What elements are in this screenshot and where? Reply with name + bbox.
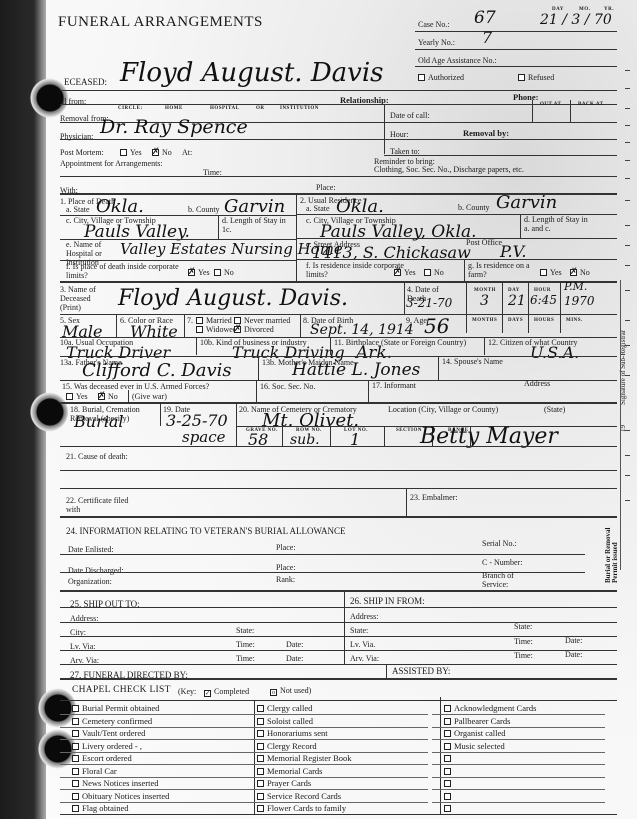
- citizen-value[interactable]: U.S.A.: [530, 343, 579, 362]
- ship-in-lv-via-label: Lv. Via.: [350, 640, 375, 649]
- completed-label: Completed: [214, 687, 249, 696]
- old-age-label: Old Age Assistance No.:: [418, 56, 497, 65]
- appointment-label: Appointment for Arrangements:: [60, 159, 163, 168]
- yes-label: Yes: [550, 268, 562, 277]
- checkbox-checked-icon: [570, 269, 577, 276]
- checkbox-icon: [257, 805, 264, 812]
- checklist-item[interactable]: Flower Cards to family: [257, 803, 346, 813]
- age-value[interactable]: 56: [424, 314, 449, 338]
- checklist-item-label: Vault/Tent ordered: [82, 728, 145, 738]
- circle-hospital[interactable]: HOSPITAL: [210, 106, 239, 111]
- checkbox-icon: [66, 393, 73, 400]
- checklist-heading: CHAPEL CHECK LIST: [72, 686, 171, 695]
- checklist-item[interactable]: Vault/Tent ordered: [72, 728, 145, 738]
- physician-value[interactable]: Dr. Ray Spence: [100, 116, 248, 138]
- checklist-item-label: Memorial Cards: [267, 766, 322, 776]
- checkbox-icon: [444, 730, 451, 737]
- ship-out-time2-label: Time:: [236, 654, 255, 663]
- checklist-item[interactable]: News Notices inserted: [72, 778, 158, 788]
- checklist-item[interactable]: Service Record Cards: [257, 791, 341, 801]
- res-city-value[interactable]: Pauls Valley, Okla.: [320, 222, 476, 242]
- days-header: DAYS: [508, 318, 523, 323]
- certificate-filed-label: 22. Certificate filed with: [66, 496, 136, 514]
- checkbox-checked-icon: [234, 326, 241, 333]
- burial-value[interactable]: Burial: [74, 412, 123, 431]
- deceased-label: ECEASED:: [64, 78, 107, 87]
- checkbox-icon: [257, 718, 264, 725]
- checklist-item[interactable]: Livery ordered - ,: [72, 741, 142, 751]
- checklist-item-label: Pallbearer Cards: [454, 716, 510, 726]
- checkbox-icon: [72, 743, 79, 750]
- race-value[interactable]: White: [130, 322, 178, 341]
- checklist-item[interactable]: Burial Permit obtained: [72, 703, 159, 713]
- checkbox-icon: [196, 326, 203, 333]
- ship-in-heading: 26. SHIP IN FROM:: [350, 597, 425, 606]
- divorced-label: Divorced: [244, 325, 274, 334]
- checklist-item[interactable]: [444, 778, 454, 788]
- checklist-item-label: Service Record Cards: [267, 791, 341, 801]
- post-mortem-at-label: At:: [182, 148, 192, 157]
- checklist-item-label: Prayer Cards: [267, 778, 311, 788]
- never-married-checkbox[interactable]: Never married: [234, 316, 290, 325]
- dod-value[interactable]: 3-21-70: [406, 296, 452, 310]
- yearly-no-value[interactable]: 7: [482, 28, 492, 47]
- pod-corporate-yes[interactable]: Yes: [188, 268, 210, 277]
- out-at-label: OUT AT: [540, 102, 561, 107]
- checkbox-icon: [72, 805, 79, 812]
- ship-out-date2-label: Date:: [286, 654, 303, 663]
- checkbox-icon: [257, 743, 264, 750]
- months-header: MONTHS: [472, 318, 497, 323]
- ship-in-state2-label: State:: [514, 622, 532, 631]
- circle-box-icon: o: [270, 689, 277, 696]
- checklist-item-label: Burial Permit obtained: [82, 703, 159, 713]
- no-label: No: [108, 392, 118, 401]
- checklist-item-label: Flower Cards to family: [267, 803, 346, 813]
- binder-hole-middle: [28, 392, 68, 432]
- with-place-label: Place:: [316, 183, 336, 192]
- pod-county-value[interactable]: Garvin: [224, 196, 285, 217]
- no-label: No: [580, 268, 590, 277]
- married-checkbox[interactable]: Married: [196, 316, 232, 325]
- checklist-item[interactable]: Escort ordered: [72, 753, 132, 763]
- marital-num: 7.: [187, 316, 193, 325]
- checkbox-icon: [257, 793, 264, 800]
- checkbox-icon: [444, 780, 451, 787]
- res-farm-yes[interactable]: Yes: [540, 268, 562, 277]
- branch-label: Branch of Service:: [482, 571, 532, 589]
- checkbox-icon: [72, 793, 79, 800]
- checkbox-icon: [257, 730, 264, 737]
- checkbox-icon: [518, 74, 525, 81]
- death-day-value[interactable]: 21: [508, 293, 526, 309]
- location-state-label: (State): [544, 405, 565, 414]
- father-value[interactable]: Clifford C. Davis: [82, 360, 232, 381]
- checkbox-icon: [72, 730, 79, 737]
- checkbox-icon: [257, 705, 264, 712]
- enlisted-place-label: Place:: [276, 543, 296, 552]
- pod-state-value[interactable]: Okla.: [96, 196, 144, 217]
- ship-in-time2-label: Time:: [514, 651, 533, 660]
- death-hour-value[interactable]: 6:45: [530, 293, 557, 307]
- armed-forces-label: 15. Was deceased ever in U.S. Armed Forc…: [62, 382, 209, 391]
- checklist-item-label: Music selected: [454, 741, 505, 751]
- hour-label: Hour:: [390, 130, 409, 139]
- ship-in-date2-label: Date:: [565, 650, 582, 659]
- checklist-item[interactable]: Floral Car: [72, 766, 117, 776]
- checkbox-icon: [120, 149, 127, 156]
- informant-address-label: Address: [524, 379, 550, 388]
- checklist-item-label: Soloist called: [267, 716, 313, 726]
- checkbox-icon: [72, 768, 79, 775]
- checkbox-icon: [540, 269, 547, 276]
- serial-no-label: Serial No.:: [482, 539, 517, 548]
- checklist-item[interactable]: Organist called: [444, 728, 506, 738]
- checkbox-icon: [72, 718, 79, 725]
- armed-no[interactable]: No: [98, 392, 118, 401]
- checklist-item[interactable]: Cemetery confirmed: [72, 716, 152, 726]
- name-print-label: 3. Name of Deceased (Print): [60, 285, 108, 312]
- post-mortem-label: Post Mortem:: [60, 148, 104, 157]
- name-print-value[interactable]: Floyd August. Davis.: [118, 286, 348, 311]
- circle-home[interactable]: HOME: [165, 106, 183, 111]
- informant-label: 17. Informant: [372, 381, 416, 390]
- ship-in-time1-label: Time:: [514, 637, 533, 646]
- checkbox-icon: [444, 793, 451, 800]
- checklist-item-label: Memorial Register Book: [267, 753, 352, 763]
- checklist-item[interactable]: Honorariums sent: [257, 728, 328, 738]
- armed-yes[interactable]: Yes: [66, 392, 88, 401]
- checkbox-icon: [418, 74, 425, 81]
- checklist-item[interactable]: [444, 803, 454, 813]
- checkbox-icon: [444, 805, 451, 812]
- checkbox-icon: [444, 755, 451, 762]
- checklist-item[interactable]: Memorial Register Book: [257, 753, 352, 763]
- yes-label: Yes: [76, 392, 88, 401]
- checkbox-checked-icon: [152, 149, 159, 156]
- checklist-item[interactable]: [444, 791, 454, 801]
- ship-in-arv-via-label: Arv. Via:: [350, 654, 379, 663]
- checkbox-icon: [257, 780, 264, 787]
- res-farm-label: g. Is residence on a farm?: [468, 261, 538, 279]
- checkbox-checked-icon: [188, 269, 195, 276]
- removal-by-label: Removal by:: [463, 128, 509, 138]
- give-war-label: (Give war): [132, 392, 167, 401]
- married-label: Married: [206, 316, 232, 325]
- circle-or: OR: [256, 106, 265, 111]
- checklist-item[interactable]: Music selected: [444, 741, 505, 751]
- checklist-item[interactable]: [444, 753, 454, 763]
- dob-value[interactable]: Sept. 14, 1914: [310, 322, 414, 338]
- checkbox-icon: [257, 768, 264, 775]
- key-completed: ✓Completed: [204, 687, 249, 697]
- back-at-label: BACK AT: [578, 102, 604, 107]
- ship-in-date1-label: Date:: [565, 636, 582, 645]
- checklist-item-label: Acknowledgment Cards: [454, 703, 536, 713]
- authorized-checkbox[interactable]: Authorized: [418, 73, 464, 82]
- space-note: space: [182, 428, 226, 446]
- never-married-label: Never married: [244, 316, 290, 325]
- checkbox-icon: [444, 743, 451, 750]
- checklist-item[interactable]: [444, 766, 454, 776]
- checkbox-icon: [72, 755, 79, 762]
- date-of-call-label: Date of call:: [390, 111, 430, 120]
- widowed-label: Widowed: [206, 325, 237, 334]
- c-number-label: C - Number:: [482, 558, 522, 567]
- yes-label: Yes: [130, 148, 142, 157]
- ship-in-state1-label: State:: [350, 626, 368, 635]
- pod-corporate-no[interactable]: No: [214, 268, 234, 277]
- checkbox-icon: [196, 317, 203, 324]
- res-farm-no[interactable]: No: [570, 268, 590, 277]
- ship-in-address-label: Address:: [350, 612, 378, 621]
- post-mortem-yes[interactable]: Yes: [120, 148, 142, 157]
- hours-header: HOURS: [534, 318, 554, 323]
- checkbox-icon: [72, 705, 79, 712]
- mother-value[interactable]: Hattie L. Jones: [292, 360, 420, 380]
- ship-out-state-label: State:: [236, 626, 254, 635]
- checklist-item[interactable]: Obituary Notices inserted: [72, 791, 169, 801]
- section-label: SECTION: [396, 428, 422, 433]
- checklist-item-label: Flag obtained: [82, 803, 129, 813]
- checklist-item[interactable]: Pallbearer Cards: [444, 716, 510, 726]
- pod-corporate-label: f. Is place of death inside corporate li…: [66, 262, 186, 280]
- pod-length-label: d. Length of Stay in 1c.: [222, 216, 292, 234]
- mins-header: MINS.: [566, 318, 583, 323]
- spouse-label: 14. Spouse's Name: [442, 357, 503, 366]
- binder-hole-bottom-1: [36, 688, 76, 728]
- veteran-heading: 24. INFORMATION RELATING TO VETERAN'S BU…: [66, 526, 346, 536]
- checkbox-icon: [444, 705, 451, 712]
- ssn-label: 16. Soc. Sec. No.: [260, 382, 315, 391]
- divorced-checkbox[interactable]: Divorced: [234, 325, 274, 334]
- death-year-value[interactable]: 1970: [564, 294, 595, 308]
- checklist-item-label: Honorariums sent: [267, 728, 328, 738]
- ship-out-date1-label: Date:: [286, 640, 303, 649]
- cause-of-death-label: 21. Cause of death:: [66, 452, 128, 461]
- checklist-item-label: Clergy Record: [267, 741, 317, 751]
- checklist-item-label: Organist called: [454, 728, 506, 738]
- checkbox-checked-icon: [98, 393, 105, 400]
- checkbox-icon: [214, 269, 221, 276]
- yearly-no-label: Yearly No.:: [418, 38, 455, 47]
- checkbox-icon: [444, 718, 451, 725]
- assisted-by-label: ASSISTED BY:: [392, 667, 450, 676]
- checkmark-box-icon: ✓: [204, 690, 211, 697]
- location-label: Location (City, Village or County): [388, 405, 498, 414]
- pod-county-label: b. County: [188, 205, 220, 214]
- checkbox-icon: [72, 780, 79, 787]
- res-state-label: a. State: [306, 204, 330, 213]
- death-month-value[interactable]: 3: [480, 293, 489, 309]
- phone-label: Phone:: [513, 92, 539, 102]
- no-label: No: [224, 268, 234, 277]
- date-discharged-label: Date Discharged:: [68, 566, 124, 575]
- case-date-value[interactable]: 21 / 3 / 70: [540, 12, 612, 28]
- key-label: (Key:: [178, 687, 196, 696]
- checklist-item[interactable]: Soloist called: [257, 716, 313, 726]
- form-title: FUNERAL ARRANGEMENTS: [58, 14, 263, 31]
- case-no-label: Case No.:: [418, 20, 450, 29]
- no-label: No: [434, 268, 444, 277]
- checklist-item[interactable]: Memorial Cards: [257, 766, 322, 776]
- ship-out-time1-label: Time:: [236, 640, 255, 649]
- birthplace-label: 11. Birthplace (State or Foreign Country…: [334, 338, 466, 347]
- rank-label: Rank:: [276, 575, 295, 584]
- deceased-name-value[interactable]: Floyd August. Davis: [120, 58, 384, 88]
- res-county-value[interactable]: Garvin: [496, 192, 557, 213]
- case-no-value[interactable]: 67: [474, 8, 496, 28]
- no-label: No: [162, 148, 172, 157]
- checklist-item-label: Obituary Notices inserted: [82, 791, 169, 801]
- res-county-label: b. County: [458, 203, 490, 212]
- post-mortem-no[interactable]: No: [152, 148, 172, 157]
- checkbox-icon: [424, 269, 431, 276]
- refused-label: Refused: [528, 73, 554, 82]
- widowed-checkbox[interactable]: Widowed: [196, 325, 237, 334]
- res-post-office-label: Post Office: [466, 238, 502, 247]
- binder-hole-bottom-2: [36, 729, 76, 769]
- checklist-item[interactable]: Acknowledgment Cards: [444, 703, 536, 713]
- checklist-item-label: News Notices inserted: [82, 778, 158, 788]
- checkbox-icon: [444, 768, 451, 775]
- checklist-item[interactable]: Clergy Record: [257, 741, 317, 751]
- not-used-label: Not used): [280, 686, 311, 695]
- document-scan: FUNERAL ARRANGEMENTS Case No.: 67 DAY MO…: [0, 0, 637, 819]
- checklist-item-label: Escort ordered: [82, 753, 132, 763]
- organization-label: Organization:: [68, 577, 112, 586]
- checklist-item[interactable]: Prayer Cards: [257, 778, 311, 788]
- checklist-item-label: Cemetery confirmed: [82, 716, 152, 726]
- checkbox-checked-icon: [394, 269, 401, 276]
- key-not-used: oNot used): [270, 686, 311, 696]
- embalmer-label: 23. Embalmer:: [410, 493, 458, 502]
- yes-label: Yes: [404, 268, 416, 277]
- authorized-label: Authorized: [428, 73, 464, 82]
- checklist-item[interactable]: Flag obtained: [72, 803, 129, 813]
- pm-note: P.M.: [564, 280, 587, 293]
- reminder-items: Clothing, Soc. Sec. No., Discharge paper…: [374, 165, 524, 174]
- circle-label: CIRCLE:: [118, 106, 143, 111]
- checklist-item[interactable]: Clergy called: [257, 703, 312, 713]
- res-length-label: d. Length of Stay in a. and c.: [524, 215, 594, 233]
- checklist-item-label: Clergy called: [267, 703, 312, 713]
- circle-institution[interactable]: INSTITUTION: [280, 106, 319, 111]
- checklist-item-label: Floral Car: [82, 766, 117, 776]
- permit-issued-label: Burial or Removal Permit issued: [605, 523, 619, 583]
- discharged-place-label: Place:: [276, 563, 296, 572]
- yes-label: Yes: [198, 268, 210, 277]
- pod-state-label: a. State: [66, 205, 90, 214]
- res-corporate-yes[interactable]: Yes: [394, 268, 416, 277]
- res-corporate-no[interactable]: No: [424, 268, 444, 277]
- checkbox-icon: [257, 755, 264, 762]
- checklist-item-label: Livery ordered - ,: [82, 741, 142, 751]
- refused-checkbox[interactable]: Refused: [518, 73, 554, 82]
- date-enlisted-label: Date Enlisted:: [68, 545, 114, 554]
